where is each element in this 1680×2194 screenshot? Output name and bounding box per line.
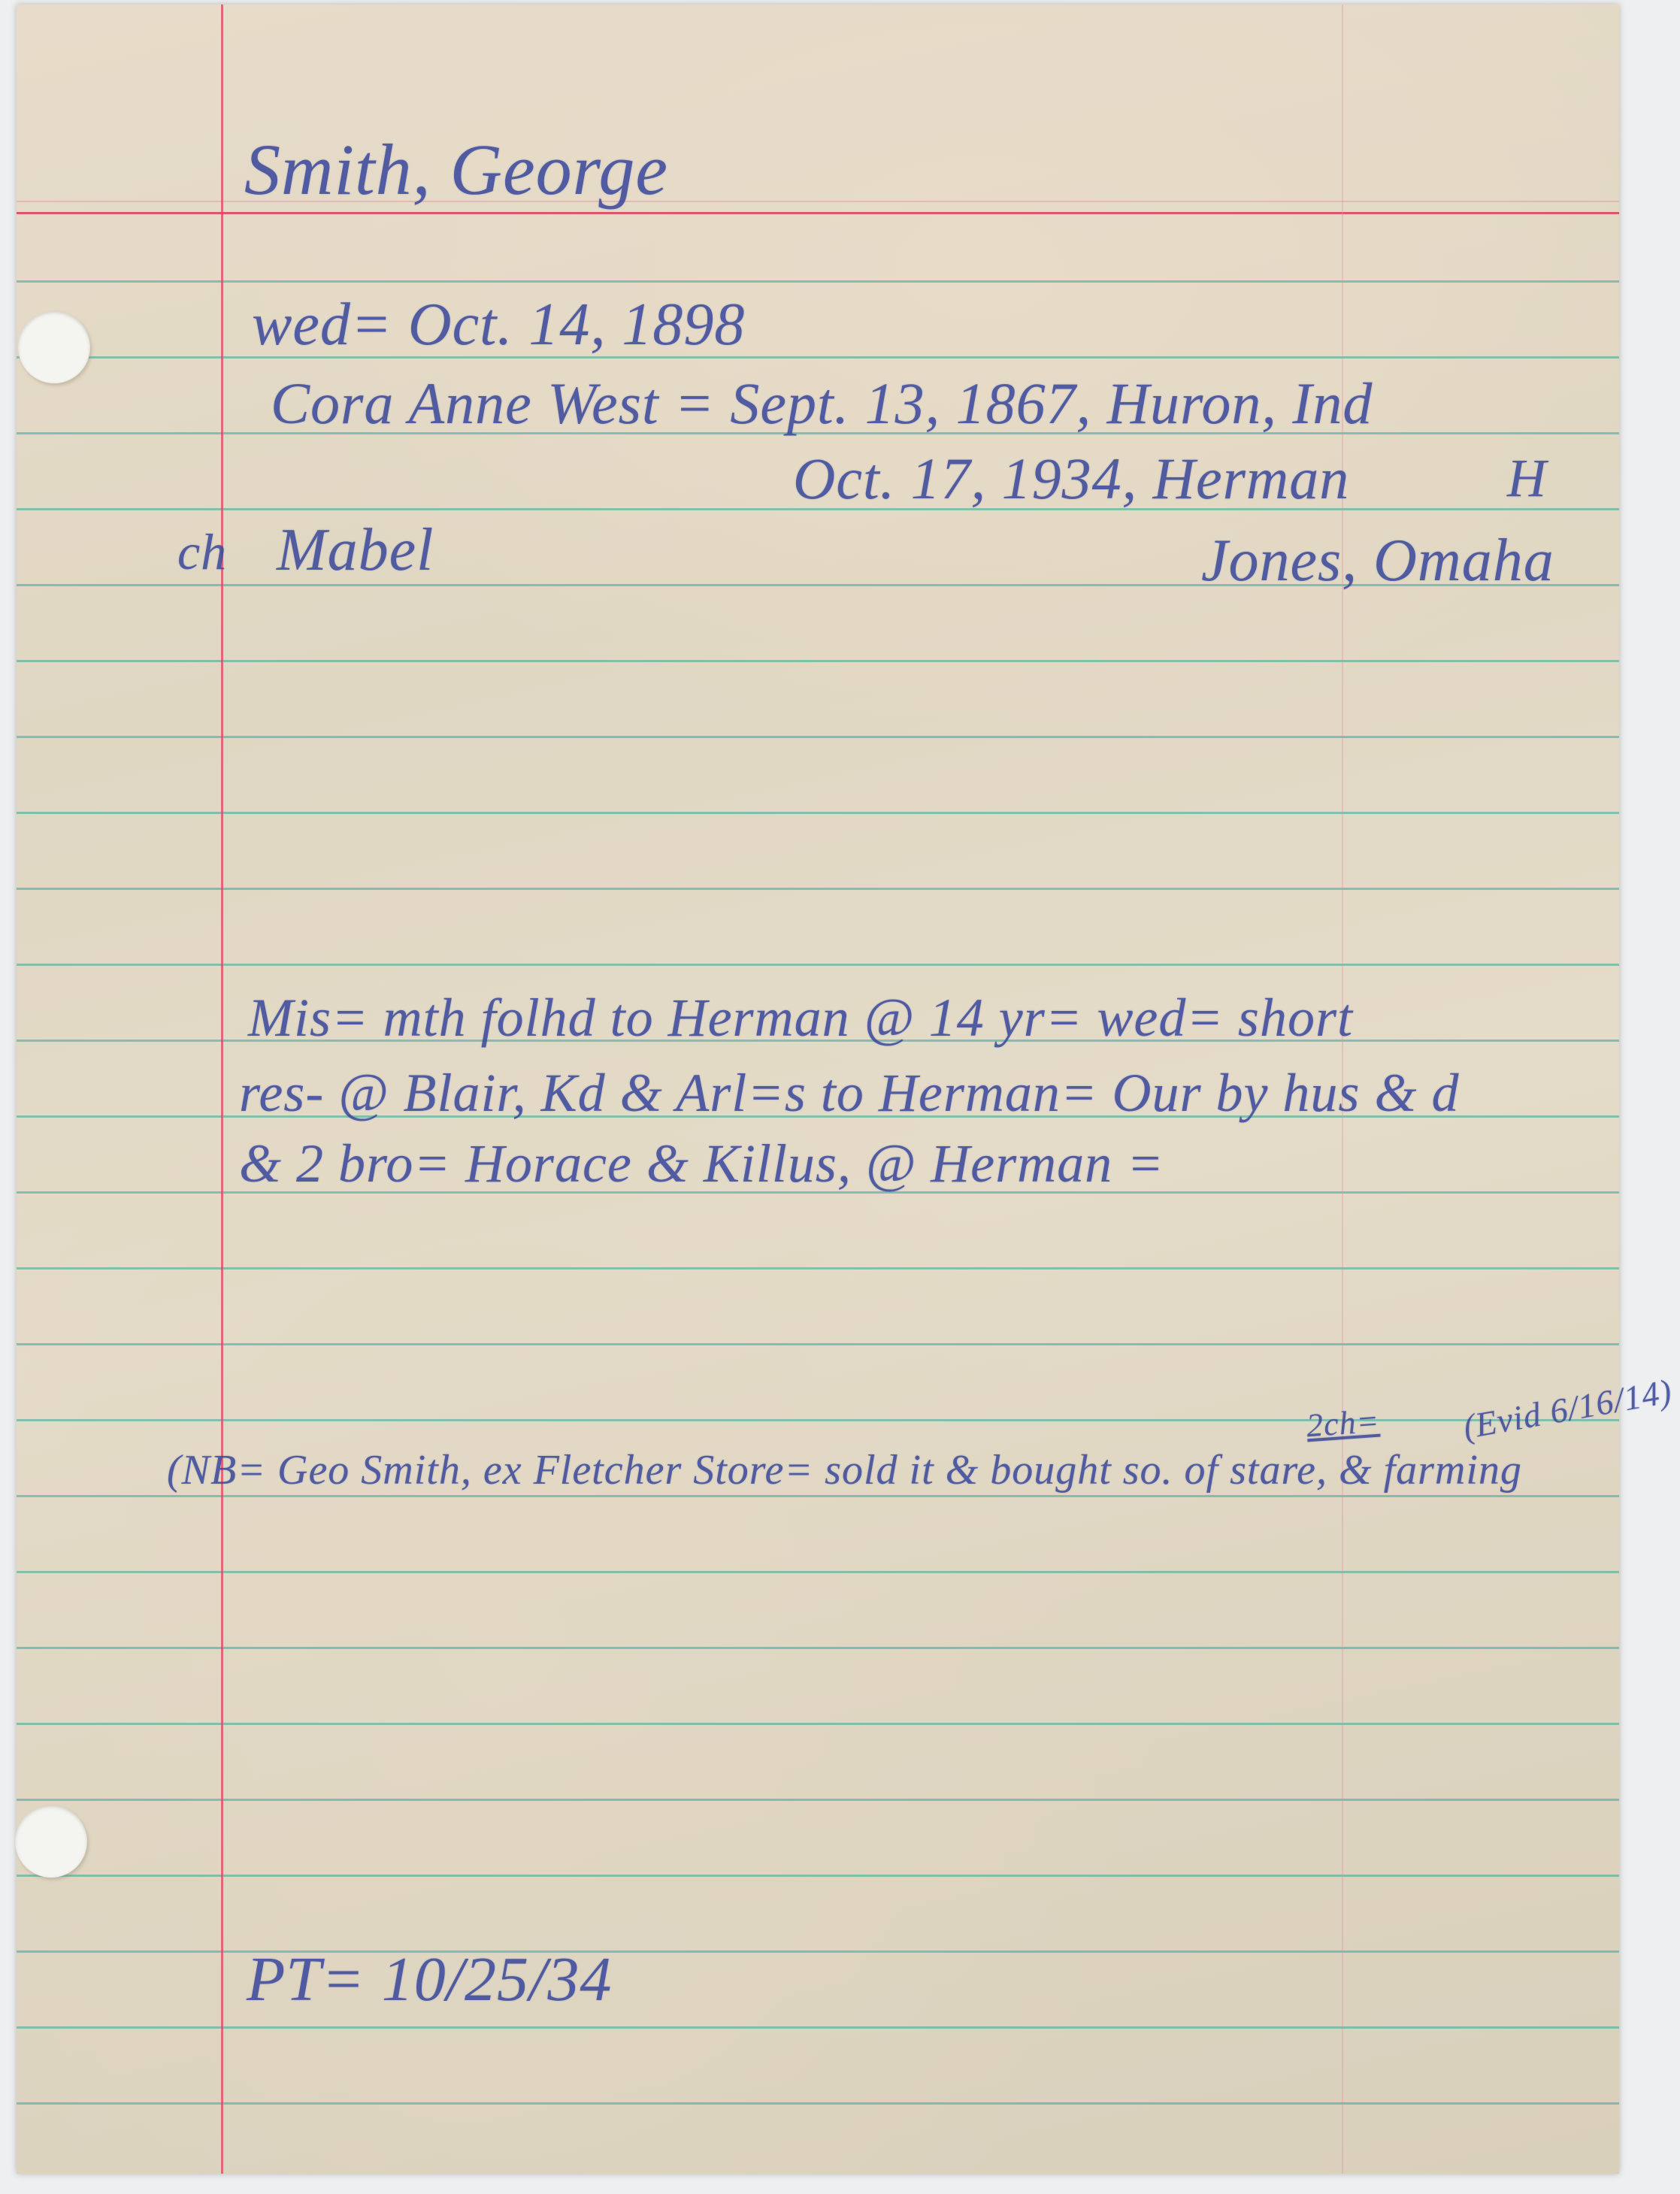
punch-hole-top xyxy=(18,311,90,383)
handwritten-informant-line: Jones, Omaha xyxy=(1201,531,1554,591)
handwritten-children-label: ch xyxy=(177,526,227,577)
handwritten-nb-line: (NB= Geo Smith, ex Fletcher Store= sold … xyxy=(167,1449,1522,1491)
handwritten-spouse-line: Cora Anne West = Sept. 13, 1867, Huron, … xyxy=(271,374,1373,433)
handwritten-death-suffix: H xyxy=(1507,451,1547,505)
handwritten-title: Smith, George xyxy=(244,134,668,206)
handwritten-child-name: Mabel xyxy=(277,520,434,580)
left-margin-line xyxy=(221,5,223,2174)
handwritten-paragraph-line-3: & 2 bro= Horace & Killus, @ Herman = xyxy=(239,1136,1164,1191)
scanned-page: Smith, George wed= Oct. 14, 1898 Cora An… xyxy=(0,0,1680,2194)
handwritten-paragraph-line-2: res- @ Blair, Kd & Arl=s to Herman= Our … xyxy=(239,1066,1459,1120)
handwritten-death-line: Oct. 17, 1934, Herman xyxy=(793,449,1349,508)
top-margin-line xyxy=(17,212,1619,214)
handwritten-paragraph-line-1: Mis= mth folhd to Herman @ 14 yr= wed= s… xyxy=(248,991,1353,1045)
handwritten-married-line: wed= Oct. 14, 1898 xyxy=(252,295,745,355)
punch-hole-bottom xyxy=(15,1805,87,1878)
handwritten-footer-date: PT= 10/25/34 xyxy=(247,1948,612,2011)
handwritten-nb-superscript: 2ch= xyxy=(1306,1405,1381,1443)
